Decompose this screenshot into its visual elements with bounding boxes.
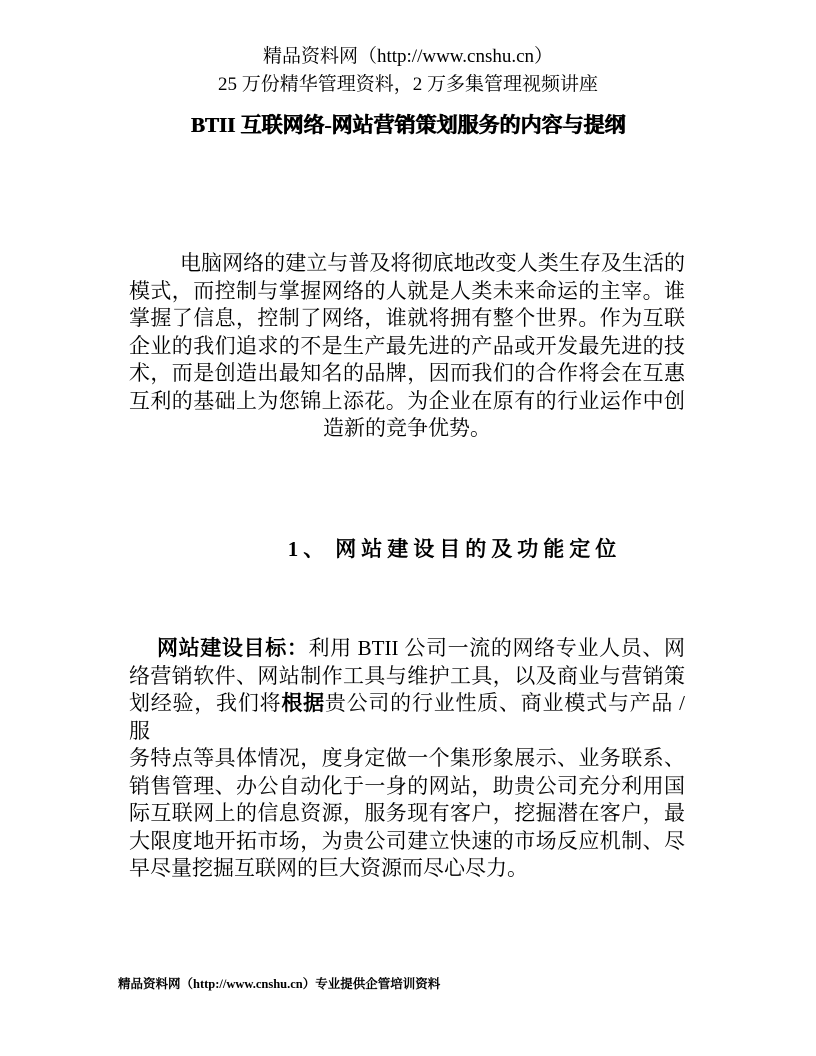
paragraph-line: 掌握了信息，控制了网络，谁就将拥有整个世界。作为互联 [129,305,685,333]
section-1-number: 1、 [288,537,330,561]
paragraph-line: 销售管理、办公自动化于一身的网站，助贵公司充分利用国 [129,773,685,801]
paragraph-line: 造新的竞争优势。 [129,415,685,443]
paragraph-line: 网站建设目标：利用 BTII 公司一流的网络专业人员、网 [129,635,685,663]
paragraph-line: 划经验，我们将根据贵公司的行业性质、商业模式与产品 /服 [129,690,685,745]
paragraph-line: 际互联网上的信息资源，服务现有客户，挖掘潜在客户，最 [129,800,685,828]
header-site-line: 精品资料网（http://www.cnshu.cn） [0,46,816,68]
goal-label: 网站建设目标： [157,636,308,660]
header-promo-line: 25 万份精华管理资料，2 万多集管理视频讲座 [0,74,816,96]
paragraph-line: 模式，而控制与掌握网络的人就是人类未来命运的主宰。谁 [129,278,685,306]
paragraph-line: 务特点等具体情况，度身定做一个集形象展示、业务联系、 [129,745,685,773]
document-title: BTII 互联网络-网站营销策划服务的内容与提纲 [0,112,816,138]
paragraph-line: 络营销软件、网站制作工具与维护工具，以及商业与营销策 [129,663,685,691]
paragraph-line: 电脑网络的建立与普及将彻底地改变人类生存及生活的 [129,250,685,278]
intro-paragraph: 电脑网络的建立与普及将彻底地改变人类生存及生活的 模式，而控制与掌握网络的人就是… [129,250,685,443]
paragraph-line: 互利的基础上为您锦上添花。为企业在原有的行业运作中创 [129,388,685,416]
paragraph-line: 早尽量挖掘互联网的巨大资源而尽心尽力。 [129,855,685,883]
section-1-heading-text: 网站建设目的及功能定位 [335,537,621,561]
paragraph-line: 术，而是创造出最知名的品牌，因而我们的合作将会在互惠 [129,360,685,388]
paragraph-line: 大限度地开拓市场，为贵公司建立快速的市场反应机制、尽 [129,828,685,856]
document-page: 精品资料网（http://www.cnshu.cn） 25 万份精华管理资料，2… [0,0,816,1056]
paragraph-line: 企业的我们追求的不是生产最先进的产品或开发最先进的技 [129,333,685,361]
section-1-heading: 1、网站建设目的及功能定位 [156,507,712,591]
footer-credit: 精品资料网（http://www.cnshu.cn）专业提供企管培训资料 [118,976,440,992]
goal-paragraph: 网站建设目标：利用 BTII 公司一流的网络专业人员、网 络营销软件、网站制作工… [129,635,685,883]
